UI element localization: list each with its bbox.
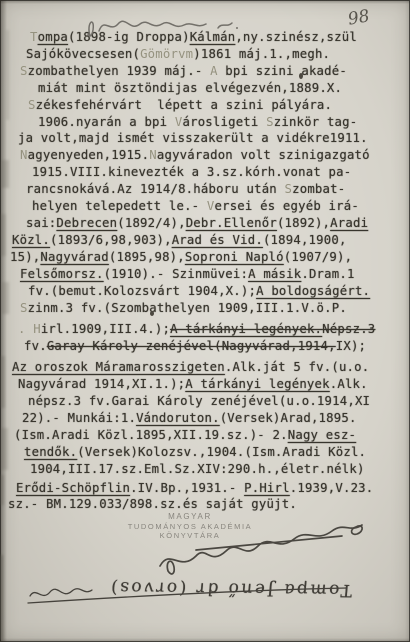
text-segment: Nagyvárad [40, 250, 108, 264]
text-segment: Sajókövecsesen( [26, 47, 140, 61]
typed-line: tendők.(Versek)Kolozsv.,1904.(Ism.Aradi … [0, 444, 410, 461]
text-segment: Debrecen [56, 216, 117, 230]
text-segment: (1893/6,98,903), [50, 233, 172, 247]
text-segment: Nagy esz- [288, 428, 356, 442]
typed-line: miát mint ösztöndijas elvégezvén,1889.X. [0, 80, 410, 97]
typed-line: 22).- Munkái:1.Vándoruton.(Versek)Arad,1… [0, 410, 410, 427]
text-segment: zékesfehérvárt lépett a szini pályára. [36, 98, 333, 112]
text-segment: (1910).- Szinmüvei: [104, 267, 248, 281]
text-segment: Garay Károly zenéjével(Nagyvárad,1914, [47, 339, 336, 353]
text-segment: .Alk. [330, 377, 368, 391]
text-segment: IX); [336, 339, 366, 353]
text-segment: A tárkányi legények. [170, 322, 322, 336]
text-segment: Debr.Ellenőr [186, 216, 277, 230]
text-segment: S [28, 98, 36, 112]
typed-line: Nagyvárad 1914,XI.1.);A tárkányi legénye… [0, 376, 410, 393]
archive-index-card: 98 Tompa(1898-ig Droppa)Kálmán,ny.szinés… [0, 0, 410, 642]
typed-line: Az oroszok Máramarosszigeten.Alk.ját 5 f… [0, 359, 410, 376]
text-segment: Vándoruton. [136, 411, 220, 425]
text-segment: agyenyeden,1915. [28, 148, 150, 162]
text-segment: 15), [10, 250, 40, 264]
text-segment: Az oroszok Máramarosszigeten [12, 360, 225, 374]
text-segment: Soproni Napló [185, 250, 284, 264]
text-segment: ompa [38, 30, 68, 44]
text-segment: bpi szini akadé- [218, 64, 347, 78]
text-segment: Aradi [330, 216, 368, 230]
text-segment: N [20, 148, 28, 162]
text-segment: A boldogságért. [256, 284, 370, 298]
typed-line: fv.Garay Károly zenéjével(Nagyvárad,1914… [0, 338, 410, 355]
typed-line: sai:Debrecen(1892/4),Debr.Ellenőr(1892),… [0, 215, 410, 232]
typed-line: Szinm.3 fv.(Szombathelyen 1909,III.1.V.ö… [0, 300, 410, 317]
text-segment: . [18, 322, 33, 336]
handwritten-page-number: 98 [346, 6, 371, 29]
text-segment: N [149, 148, 157, 162]
text-segment: miát mint ösztöndijas elvégezvén,1889.X. [38, 81, 342, 95]
typed-line: Sajókövecsesen(Gömörvm)1861 máj.1.,megh. [0, 46, 410, 63]
typed-line: Székesfehérvárt lépett a szini pályára. [0, 97, 410, 114]
typed-line: népsz.3 fv.Garai Károly zenéjével(u.o.19… [0, 393, 410, 410]
text-segment: Nagyvárad 1914,XI.1.); [18, 377, 185, 391]
text-segment: árosligeti [182, 115, 266, 129]
text-segment: P.Hirl [244, 481, 290, 495]
text-segment: (1898-ig Droppa) [68, 30, 190, 44]
stamp-line: KÖNYVTÁRA [0, 531, 380, 541]
text-segment: ersei és egyéb irá- [215, 199, 359, 213]
text-segment: H [33, 322, 41, 336]
text-segment: Arad és Vid. [172, 233, 263, 247]
text-segment: S [285, 182, 293, 196]
text-segment: rancsnokává.Az 1914/8.háboru után [26, 182, 285, 196]
typed-line: Tompa(1898-ig Droppa)Kálmán,ny.szinész,s… [0, 29, 410, 46]
text-segment: 1906.nyarán a bpi [38, 115, 175, 129]
text-segment: ,ny.szinész,szül [235, 30, 357, 44]
text-segment: A másik [248, 267, 301, 281]
stamp-line: TUDOMÁNYOS AKADÉMIA [0, 522, 380, 532]
text-segment: (Versek)Kolozsv.,1904.(Ism.Aradi Közl. [77, 445, 366, 459]
text-segment: 22).- Munkái:1. [22, 411, 136, 425]
handwritten-bottom-note: Tompa Jenő dr (orvos) [15, 576, 353, 600]
typed-line: rancsnokává.Az 1914/8.háboru után Szomba… [0, 181, 410, 198]
text-segment: zombathelyen 1939 máj.- [28, 64, 210, 78]
typed-line: 1906.nyarán a bpi Városligeti Szinkör ta… [0, 114, 410, 131]
typed-line: 15),Nagyvárad(1895,98),Soproni Napló(190… [0, 249, 410, 266]
text-segment: )1861 máj.1.,megh. [193, 47, 330, 61]
text-segment: .Dram.1 [301, 267, 354, 281]
text-segment: tendők. [24, 445, 77, 459]
typed-line: helyen telepedett le.- Versei és egyéb i… [0, 198, 410, 215]
text-segment: sz.- BM.129.033/898.sz.és saját gyüjt. [8, 497, 297, 511]
text-segment: irl.1909,III.4.); [41, 322, 170, 336]
text-segment: ja volt,majd ismét visszakerült a vidékr… [18, 131, 368, 145]
typewritten-text-block: Tompa(1898-ig Droppa)Kálmán,ny.szinész,s… [0, 29, 410, 513]
text-segment: A [210, 64, 218, 78]
text-segment: S [266, 115, 274, 129]
typed-line: sz.- BM.129.033/898.sz.és saját gyüjt. [0, 496, 410, 513]
text-segment: 1915.VIII.kinevezték a 3.sz.kórh.vonat p… [32, 165, 351, 179]
text-segment: (1894,1900, [263, 233, 347, 247]
text-segment: (Versek)Arad,1895. [220, 411, 357, 425]
text-segment: T [30, 30, 38, 44]
text-segment: .1939,V.23. [290, 481, 374, 495]
text-segment: .Alk.ját 5 fv.(u.o. [225, 360, 369, 374]
typed-line: Szombathelyen 1939 máj.- A bpi szini aka… [0, 63, 410, 80]
text-segment: (Ism.Aradi Közl.1895,XII.19.sz.)- 2. [14, 428, 288, 442]
ink-smudge [0, 555, 3, 640]
text-segment: (1907/9), [284, 250, 352, 264]
text-segment: Gömörvm [140, 47, 193, 61]
text-segment: zinkör tag- [274, 115, 358, 129]
text-segment: (1895,98), [109, 250, 185, 264]
text-segment: .IV.Bp.,1931.- [130, 481, 244, 495]
typed-line: Nagyenyeden,1915.Nagyváradon volt szinig… [0, 147, 410, 164]
typed-line: Erődi-Schöpflin.IV.Bp.,1931.- P.Hirl.193… [0, 480, 410, 497]
text-segment: Erődi-Schöpflin [16, 481, 130, 495]
typed-line: . Hirl.1909,III.4.);A tárkányi legények.… [0, 321, 410, 338]
text-segment: fv. [24, 339, 47, 353]
text-segment: S [20, 301, 28, 315]
text-segment: sai: [26, 216, 56, 230]
typed-line: Felsőmorsz.(1910).- Szinmüvei:A másik.Dr… [0, 266, 410, 283]
text-segment: (1892/4), [117, 216, 185, 230]
stamp-line: MAGYAR [0, 512, 380, 522]
typed-line: 1915.VIII.kinevezték a 3.sz.kórh.vonat p… [0, 164, 410, 181]
text-segment: (1892), [277, 216, 330, 230]
text-segment: Közl. [12, 233, 50, 247]
text-segment: zombat- [292, 182, 345, 196]
text-segment: helyen telepedett le.- [32, 199, 207, 213]
library-stamp: MAGYAR TUDOMÁNYOS AKADÉMIA KÖNYVTÁRA [0, 512, 380, 541]
text-segment: fv.(bemut.Kolozsvárt 1904,X.); [28, 284, 256, 298]
text-segment: A tárkányi legények [185, 377, 329, 391]
typed-line: ja volt,majd ismét visszakerült a vidékr… [0, 130, 410, 147]
typed-line: Közl.(1893/6,98,903),Arad és Vid.(1894,1… [0, 232, 410, 249]
text-segment: 1904,III.17.sz.Eml.Sz.XIV:290.h.,életr.n… [30, 462, 365, 476]
text-segment: népsz.3 fv.Garai Károly zenéjével(u.o.19… [28, 394, 370, 408]
typed-line: fv.(bemut.Kolozsvárt 1904,X.);A boldogsá… [0, 283, 410, 300]
text-segment: V [207, 199, 215, 213]
text-segment: Népsz.3 [322, 322, 375, 336]
text-segment: Felsőmorsz. [20, 267, 104, 281]
text-segment: S [20, 64, 28, 78]
typed-line: 1904,III.17.sz.Eml.Sz.XIV:290.h.,életr.n… [0, 461, 410, 478]
typed-line: (Ism.Aradi Közl.1895,XII.19.sz.)- 2.Nagy… [0, 427, 410, 444]
text-segment: zinm.3 fv.(Szombathelyen 1909,III.1.V.ö.… [28, 301, 347, 315]
text-segment: agyváradon volt szinigazgató [157, 148, 370, 162]
text-segment: Kálmán [190, 30, 236, 44]
